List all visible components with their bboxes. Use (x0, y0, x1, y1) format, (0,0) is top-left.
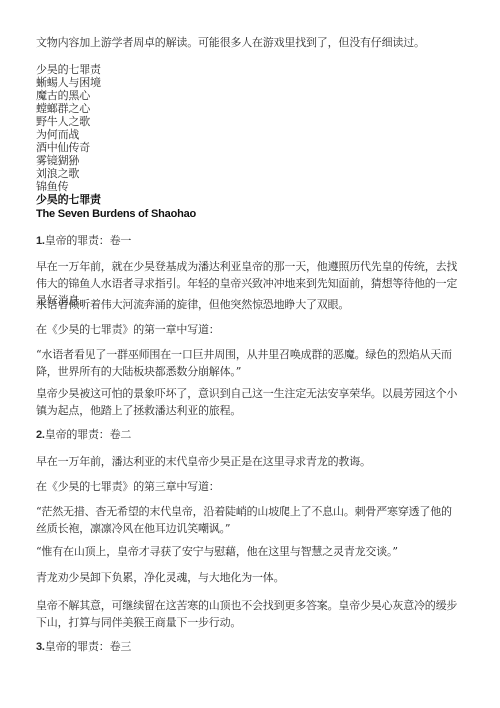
toc-item: 雾镜猢狲 (36, 154, 79, 168)
paragraph: 皇帝不解其意，可继续留在这苦寒的山顶也不会找到更多答案。皇帝少昊心灰意冷的缓步下… (36, 597, 460, 631)
section-title: 皇帝的罪责：卷二 (45, 428, 131, 441)
toc-item: 锦鱼传 (36, 180, 68, 194)
section-number: 1. (36, 235, 45, 247)
paragraph: 早在一万年前，潘达利亚的末代皇帝少昊正是在这里寻求青龙的教诲。 (36, 453, 460, 470)
quote-paragraph: “茫然无措、杳无希望的末代皇帝，沿着陡峭的山坡爬上了不息山。刺骨严寒穿透了他的丝… (36, 503, 460, 537)
section-title: 皇帝的罪责：卷一 (45, 234, 131, 247)
section-title: 皇帝的罪责：卷三 (45, 640, 131, 653)
title-chinese: 少昊的七罪责 (36, 193, 101, 207)
paragraph: 皇帝少昊被这可怕的景象吓坏了，意识到自己这一生注定无法安享荣华。以晨芳园这个小镇… (36, 385, 460, 419)
section-heading: 2.皇帝的罪责：卷二 (36, 428, 131, 442)
toc-item: 少昊的七罪责 (36, 63, 101, 77)
intro-text: 文物内容加上游学者周卓的解读。可能很多人在游戏里找到了，但没有仔细读过。 (36, 36, 425, 50)
paragraph: 青龙劝少昊卸下负累，净化灵魂，与大地化为一体。 (36, 569, 460, 586)
toc-item: 蜥蜴人与困境 (36, 76, 101, 90)
title-english: The Seven Burdens of Shaohao (36, 207, 196, 221)
paragraph: 水语者倾听着伟大河流奔涌的旋律，但他突然惊恐地睁大了双眼。 (36, 296, 460, 313)
section-number: 2. (36, 429, 45, 441)
section-heading: 3.皇帝的罪责：卷三 (36, 640, 131, 654)
quote-paragraph: “水语者看见了一群巫师围在一口巨井周围，从井里召唤成群的恶魔。绿色的烈焰从天而降… (36, 346, 460, 380)
toc-item: 酒中仙传奇 (36, 141, 90, 155)
paragraph: 在《少昊的七罪责》的第一章中写道： (36, 321, 460, 338)
quote-paragraph: “惟有在山顶上，皇帝才寻获了安宁与慰藉，他在这里与智慧之灵青龙交谈。” (36, 543, 460, 560)
paragraph: 在《少昊的七罪责》的第三章中写道： (36, 478, 460, 495)
toc-item: 刘浪之歌 (36, 167, 79, 181)
toc-item: 为何而战 (36, 128, 79, 142)
section-number: 3. (36, 641, 45, 653)
toc-item: 螳螂群之心 (36, 102, 90, 116)
toc-item: 野牛人之歌 (36, 115, 90, 129)
toc-item: 魔古的黑心 (36, 89, 90, 103)
section-heading: 1.皇帝的罪责：卷一 (36, 234, 131, 248)
